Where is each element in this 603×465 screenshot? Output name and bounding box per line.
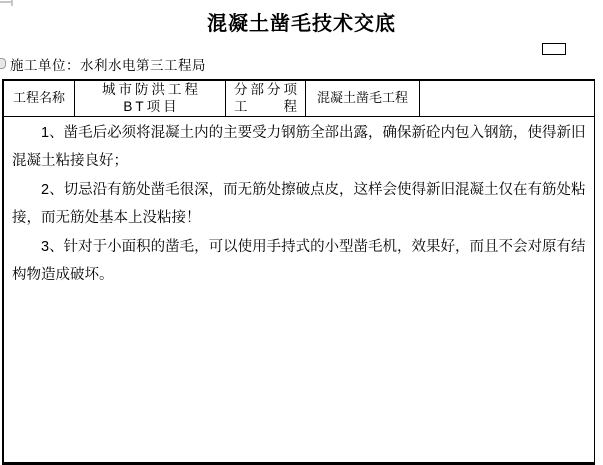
construction-unit-line: 施工单位：水利水电第三工程局 bbox=[10, 54, 206, 74]
blank-form-box bbox=[542, 43, 566, 55]
page-title: 混凝土凿毛技术交底 bbox=[0, 7, 603, 36]
project-name-value-line1: 城市防洪工程 bbox=[102, 82, 201, 99]
clause-paragraph-2: 2、切忌沿有筋处凿毛很深，而无筋处擦破点皮，这样会使得新旧混凝土仅在有筋处粘接，… bbox=[12, 177, 592, 232]
header-cell-project-name-label: 工程名称 bbox=[4, 81, 75, 116]
clause-paragraph-3: 3、针对于小面积的凿毛，可以使用手持式的小型凿毛机，效果好，而且不会对原有结构物… bbox=[12, 234, 592, 289]
header-cell-extra bbox=[420, 81, 594, 116]
project-name-label: 工程名称 bbox=[13, 90, 65, 107]
table-header-row: 工程名称 城市防洪工程 BT项目 分部分项 工 程 混凝土凿毛工程 bbox=[4, 81, 594, 117]
table-body-cell: 1、凿毛后必须将混凝土内的主要受力钢筋全部出露，确保新砼内包入钢筋，使得新旧混凝… bbox=[4, 117, 594, 462]
project-name-value-line2: BT项目 bbox=[123, 99, 179, 116]
subitem-value: 混凝土凿毛工程 bbox=[317, 90, 408, 107]
header-cell-subitem-value: 混凝土凿毛工程 bbox=[306, 81, 420, 116]
header-cell-subitem-label: 分部分项 工 程 bbox=[226, 81, 306, 116]
paragraph-margin-marker bbox=[0, 58, 6, 69]
disclosure-table: 工程名称 城市防洪工程 BT项目 分部分项 工 程 混凝土凿毛工程 1、凿毛后必… bbox=[2, 79, 595, 465]
subitem-label-line2: 工 程 bbox=[234, 99, 300, 116]
clause-paragraph-1: 1、凿毛后必须将混凝土内的主要受力钢筋全部出露，确保新砼内包入钢筋，使得新旧混凝… bbox=[12, 120, 592, 175]
subitem-label-line1: 分部分项 bbox=[234, 82, 300, 99]
header-cell-project-name-value: 城市防洪工程 BT项目 bbox=[75, 81, 226, 116]
page-corner-crop-tick bbox=[11, 0, 13, 6]
